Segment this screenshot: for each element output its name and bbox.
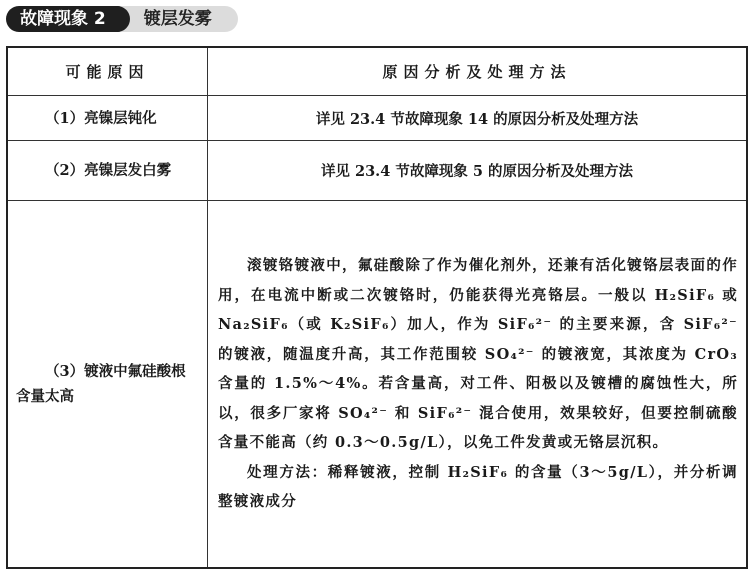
chem-sif6-ion: SiF₆²⁻	[684, 316, 738, 333]
text: 的镀液，随温度升高，其工作范围较	[218, 346, 485, 363]
text: 的镀液宽，其浓度为	[535, 346, 695, 363]
fault-analysis-table: 可能原因 原因分析及处理方法 （1）亮镍层钝化 详见 23.4 节故障现象 14…	[6, 46, 748, 569]
chem-sif6-ion: SiF₆²⁻	[498, 316, 552, 333]
chem-so4-ion: SO₄²⁻	[485, 346, 535, 363]
method-cell: 滚镀铬镀液中，氟硅酸除了作为催化剂外，还兼有活化镀铬层表面的作用，在电流中断或二…	[208, 201, 748, 569]
text: （或	[289, 316, 331, 333]
cause-cell: （3）镀液中氟硅酸根含量太高	[7, 201, 208, 569]
text: 稀释镀液，控制	[328, 464, 448, 481]
chem-na2sif6: Na₂SiF₆	[218, 316, 289, 333]
table-row: （2）亮镍层发白雾 详见 23.4 节故障现象 5 的原因分析及处理方法	[7, 141, 747, 201]
table-row: （3）镀液中氟硅酸根含量太高 滚镀铬镀液中，氟硅酸除了作为催化剂外，还兼有活化镀…	[7, 201, 747, 569]
chem-h2sif6: H₂SiF₆	[448, 464, 508, 481]
analysis-paragraph: 滚镀铬镀液中，氟硅酸除了作为催化剂外，还兼有活化镀铬层表面的作用，在电流中断或二…	[218, 251, 738, 458]
cause-cell: （2）亮镍层发白雾	[7, 141, 208, 201]
treatment-label: 处理方法：	[247, 464, 328, 481]
text: 或	[715, 287, 738, 304]
chem-h2sif6: H₂SiF₆	[655, 287, 715, 304]
chem-sif6-ion: SiF₆²⁻	[418, 405, 472, 422]
chem-k2sif6: K₂SiF₆	[330, 316, 389, 333]
method-cell: 详见 23.4 节故障现象 5 的原因分析及处理方法	[208, 141, 748, 201]
table-row: （1）亮镍层钝化 详见 23.4 节故障现象 14 的原因分析及处理方法	[7, 96, 747, 141]
header-analysis-method: 原因分析及处理方法	[208, 47, 748, 96]
method-cell: 详见 23.4 节故障现象 14 的原因分析及处理方法	[208, 96, 748, 141]
chem-cro3: CrO₃	[695, 346, 738, 363]
text: ）加人，作为	[390, 316, 498, 333]
fault-heading: 故障现象 2 镀层发雾	[6, 6, 238, 32]
table-header-row: 可能原因 原因分析及处理方法	[7, 47, 747, 96]
fault-title: 镀层发雾	[118, 6, 238, 32]
treatment-paragraph: 处理方法：稀释镀液，控制 H₂SiF₆ 的含量（3～5g/L），并分析调整镀液成…	[218, 458, 738, 517]
text: 的主要来源，含	[552, 316, 683, 333]
fault-number-label: 故障现象 2	[6, 6, 122, 32]
cause-cell: （1）亮镍层钝化	[7, 96, 208, 141]
header-possible-cause: 可能原因	[7, 47, 208, 96]
text: 和	[388, 405, 418, 422]
chem-so4-ion: SO₄²⁻	[338, 405, 388, 422]
